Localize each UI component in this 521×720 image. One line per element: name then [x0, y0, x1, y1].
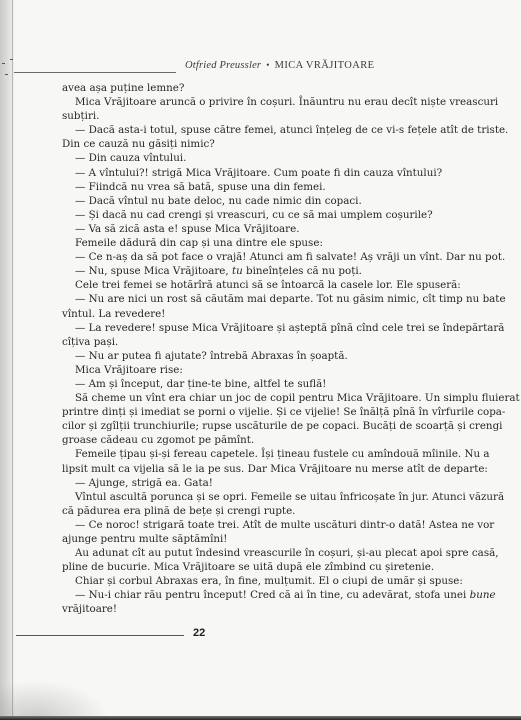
text-line: — Ce noroc! strigară toate trei. Atît de…: [62, 518, 465, 532]
book-title: MICA VRĂJITOARE: [275, 60, 375, 71]
text-line: groase cădeau cu zgomot pe pămînt.: [62, 433, 465, 447]
text-line: vîntul. La revedere!: [62, 307, 465, 321]
text-line: — Nu, spuse Mica Vrăjitoare, tu bineînțe…: [62, 264, 465, 278]
header-rule: [14, 72, 176, 73]
text-line: Mica Vrăjitoare rise:: [62, 363, 465, 377]
emphasis: bune: [470, 589, 496, 601]
emphasis: tu: [232, 265, 243, 277]
text-line: — Nu are nici un rost să căutăm mai depa…: [62, 292, 465, 306]
footer-rule: [16, 635, 184, 636]
separator-bullet: •: [266, 60, 269, 70]
author-name: Otfried Preussler: [185, 60, 261, 71]
text-line: — Și dacă nu cad crengi și vreascuri, cu…: [62, 208, 465, 222]
corner-shadow: [0, 680, 110, 720]
text-line: Femeile țipau și-și fereau capetele. Își…: [62, 447, 465, 461]
running-head: Otfried Preussler•MICA VRĂJITOARE: [185, 60, 374, 71]
text-line: — Ajunge, strigă ea. Gata!: [62, 476, 465, 490]
margin-mark: [5, 74, 8, 75]
text-line: Vîntul ascultă porunca și se opri. Femei…: [62, 490, 465, 504]
text-line: vrăjitoare!: [62, 602, 465, 616]
text-line: — Va să zică asta e! spuse Mica Vrăjitoa…: [62, 222, 465, 236]
text-line: cîțiva pași.: [62, 335, 465, 349]
text-line: Mica Vrăjitoare aruncă o privire în coșu…: [62, 95, 465, 109]
text-line: Să cheme un vînt era chiar un joc de cop…: [62, 391, 465, 405]
text-line: — Nu ar putea fi ajutate? întrebă Abraxa…: [62, 349, 465, 363]
page-number: 22: [193, 627, 205, 639]
text-line: avea așa puține lemne?: [62, 81, 465, 95]
text-line: — Nu-i chiar rău pentru început! Cred că…: [62, 588, 465, 602]
text-line: — A vîntului?! strigă Mica Vrăjitoare. C…: [62, 166, 465, 180]
text-line: — Din cauza vîntului.: [62, 151, 465, 165]
text-line: — Dacă vîntul nu bate deloc, nu cade nim…: [62, 194, 465, 208]
text-line: ajunge pentru multe săptămîni!: [62, 532, 465, 546]
text-line: Femeile dădură din cap și una dintre ele…: [62, 236, 465, 250]
text-line: — Ce n-aș da să pot face o vrajă! Atunci…: [62, 250, 465, 264]
margin-mark: [2, 63, 5, 64]
text-line: Din ce cauză nu găsiți nimic?: [62, 137, 465, 151]
text-line: printre dinți și imediat se porni o vije…: [62, 405, 465, 419]
binding-edge: [12, 0, 13, 720]
text-line: Chiar și corbul Abraxas era, în fine, mu…: [62, 574, 465, 588]
text-line: Au adunat cît au putut îndesind vreascur…: [62, 546, 465, 560]
text-line: — Am și început, dar ține-te bine, altfe…: [62, 377, 465, 391]
text-line: lipsit mult ca vijelia să le ia pe sus. …: [62, 462, 465, 476]
body-text: avea așa puține lemne?Mica Vrăjitoare ar…: [62, 81, 465, 617]
text-line: că pădurea era plină de bețe și crengi r…: [62, 504, 465, 518]
text-line: — Fiindcă nu vrea să bată, spuse una din…: [62, 180, 465, 194]
text-line: — La revedere! spuse Mica Vrăjitoare și …: [62, 321, 465, 335]
margin-mark: [10, 59, 13, 60]
text-line: subțiri.: [62, 109, 465, 123]
text-line: Cele trei femei se hotărîră atunci să se…: [62, 278, 465, 292]
text-line: — Dacă asta-i totul, spuse către femei, …: [62, 123, 465, 137]
page-bottom-edge: [0, 716, 521, 720]
text-line: cilor și zgîlții trunchiurile; rupse usc…: [62, 419, 465, 433]
text-line: pline de bucurie. Mica Vrăjitoare se uit…: [62, 560, 465, 574]
